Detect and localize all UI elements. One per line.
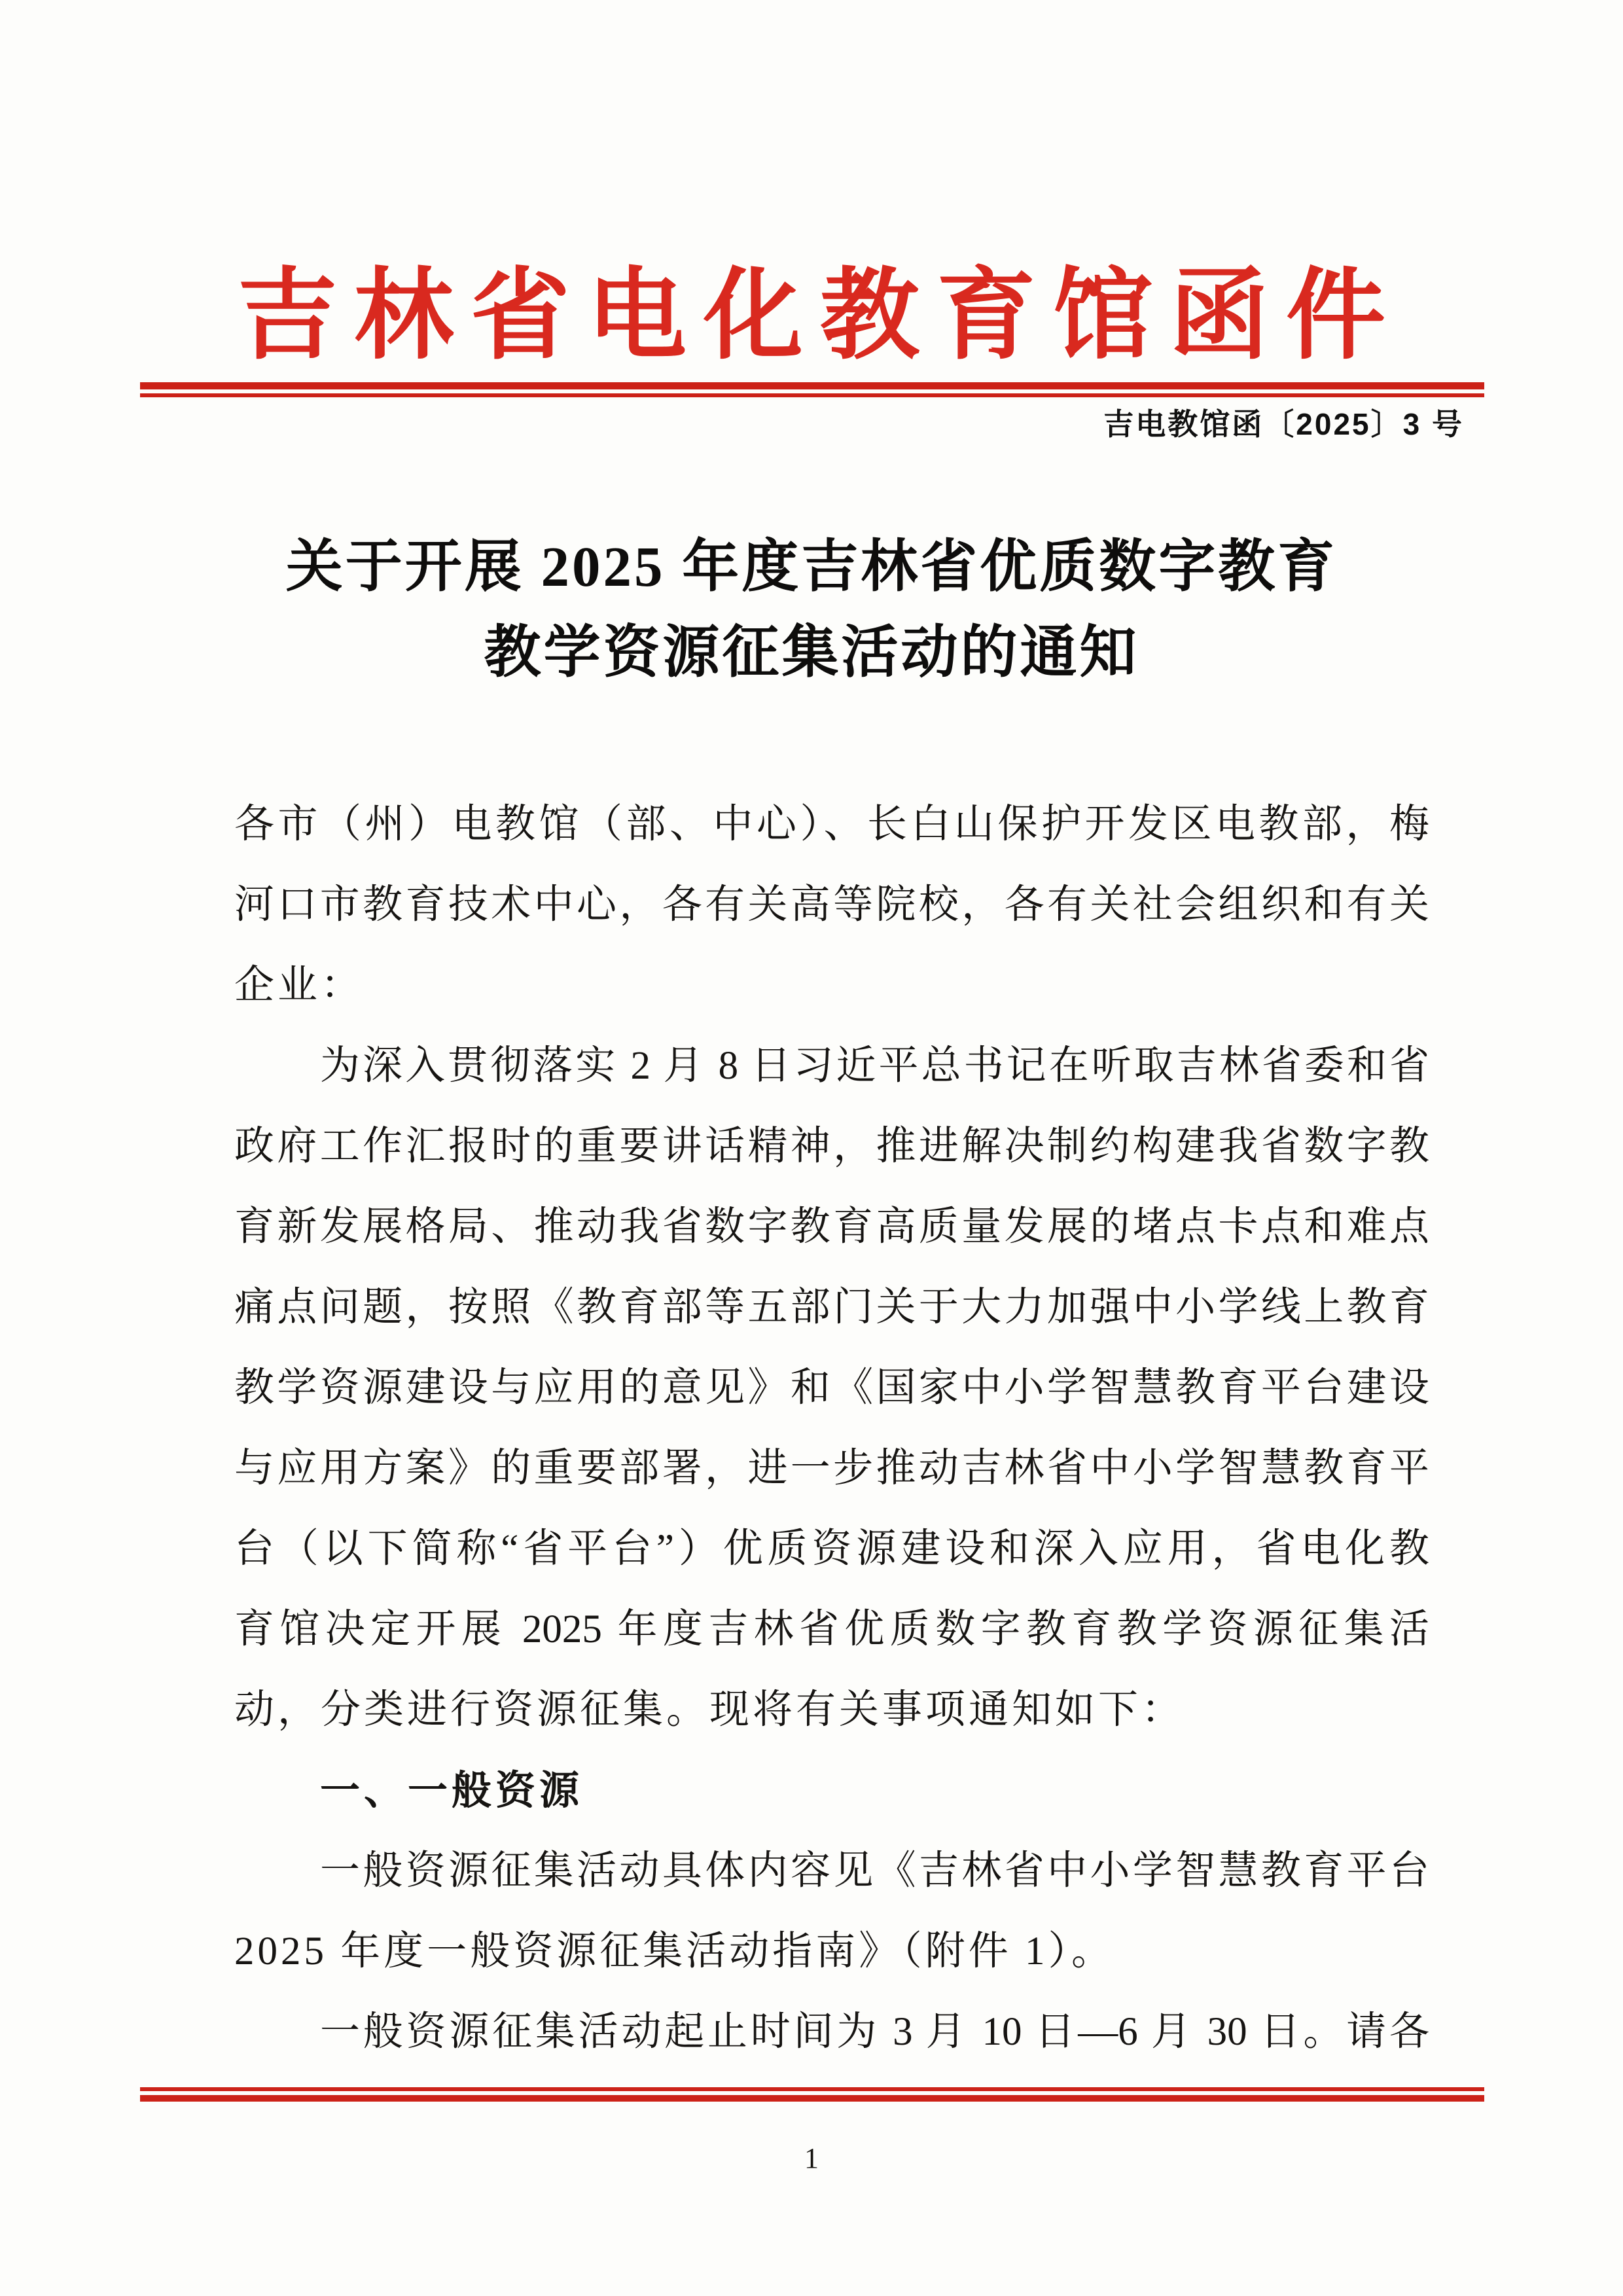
header-red-rule-thick (140, 382, 1484, 389)
body-line: 育新发展格局、推动我省数字教育高质量发展的堵点卡点和难点 (234, 1187, 1429, 1267)
body-line: 教学资源建设与应用的意见》和《国家中小学智慧教育平台建设 (234, 1348, 1429, 1428)
body-line: 为深入贯彻落实 2 月 8 日习近平总书记在听取吉林省委和省 (234, 1026, 1429, 1106)
body-text: 各市（州）电教馆（部、中心）、长白山保护开发区电教部，梅河口市教育技术中心，各有… (234, 784, 1429, 2072)
body-line: 一、一般资源 (234, 1750, 1429, 1831)
body-line: 育馆决定开展 2025 年度吉林省优质数字教育教学资源征集活 (234, 1589, 1429, 1670)
body-line: 企业： (234, 945, 1429, 1026)
body-line: 2025 年度一般资源征集活动指南》（附件 1）。 (234, 1911, 1429, 1992)
body-line: 政府工作汇报时的重要讲话精神，推进解决制约构建我省数字教 (234, 1106, 1429, 1187)
document-title-line2: 教学资源征集活动的通知 (0, 609, 1623, 695)
body-line: 一般资源征集活动起止时间为 3 月 10 日—6 月 30 日。请各 (234, 1992, 1429, 2072)
page-number: 1 (0, 2142, 1623, 2175)
body-line: 一般资源征集活动具体内容见《吉林省中小学智慧教育平台 (234, 1831, 1429, 1911)
body-line: 痛点问题，按照《教育部等五部门关于大力加强中小学线上教育 (234, 1267, 1429, 1348)
footer-red-rule-thick (140, 2095, 1484, 2102)
header-red-rule-thin (140, 393, 1484, 397)
document-title: 关于开展 2025 年度吉林省优质数字教育 教学资源征集活动的通知 (0, 524, 1623, 695)
body-line: 各市（州）电教馆（部、中心）、长白山保护开发区电教部，梅 (234, 784, 1429, 865)
document-page: 吉林省电化教育馆函件 吉电教馆函〔2025〕3 号 关于开展 2025 年度吉林… (0, 0, 1623, 2296)
body-line: 与应用方案》的重要部署，进一步推动吉林省中小学智慧教育平 (234, 1428, 1429, 1509)
footer-red-rule-thin (140, 2087, 1484, 2091)
body-line: 动，分类进行资源征集。现将有关事项通知如下： (234, 1670, 1429, 1750)
document-title-line1: 关于开展 2025 年度吉林省优质数字教育 (0, 524, 1623, 609)
body-line: 河口市教育技术中心，各有关高等院校，各有关社会组织和有关 (234, 865, 1429, 945)
doc-number: 吉电教馆函〔2025〕3 号 (1103, 401, 1464, 444)
body-line: 台（以下简称“省平台”）优质资源建设和深入应用，省电化教 (234, 1509, 1429, 1589)
letterhead-title: 吉林省电化教育馆函件 (0, 236, 1623, 378)
